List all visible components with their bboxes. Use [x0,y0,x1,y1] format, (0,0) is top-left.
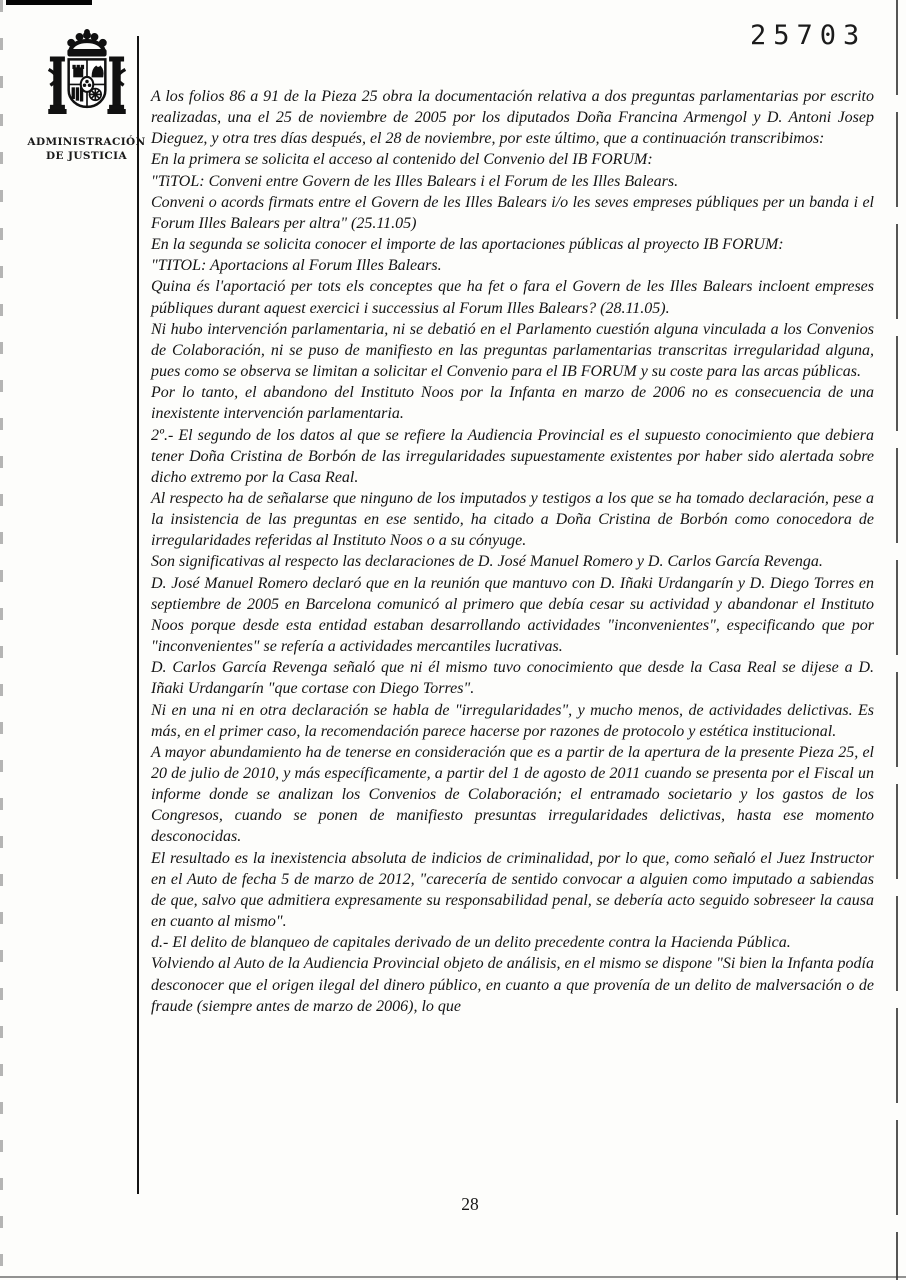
document-paragraph: Son significativas al respecto las decla… [151,551,874,572]
coat-of-arms-icon [37,26,137,132]
document-paragraph: d.- El delito de blanqueo de capitales d… [151,932,874,953]
document-paragraph: Conveni o acords firmats entre el Govern… [151,192,874,234]
document-paragraph: Ni hubo intervención parlamentaria, ni s… [151,319,874,382]
sidebar-divider [137,36,139,1194]
document-paragraph: Ni en una ni en otra declaración se habl… [151,700,874,742]
document-paragraph: D. Carlos García Revenga señaló que ni é… [151,657,874,699]
document-paragraph: El resultado es la inexistencia absoluta… [151,848,874,933]
scan-artifact-top-bar [6,0,92,5]
folio-number: 25703 [750,20,866,51]
document-paragraph: "TITOL: Aportacions al Forum Illes Balea… [151,255,874,276]
document-paragraph: Por lo tanto, el abandono del Instituto … [151,382,874,424]
document-paragraph: En la primera se solicita el acceso al c… [151,149,874,170]
justice-administration-emblem: ADMINISTRACIÓN DE JUSTICIA [20,26,153,163]
document-paragraph: Al respecto ha de señalarse que ninguno … [151,488,874,551]
scan-artifact-left-edge [0,0,3,1280]
scan-artifact-right-edge [896,0,898,1280]
document-paragraph: A los folios 86 a 91 de la Pieza 25 obra… [151,86,874,149]
document-paragraph: 2º.- El segundo de los datos al que se r… [151,425,874,488]
document-paragraph: A mayor abundamiento ha de tenerse en co… [151,742,874,848]
document-paragraph: D. José Manuel Romero declaró que en la … [151,573,874,658]
institution-name-line1: ADMINISTRACIÓN [20,136,153,150]
page-number: 28 [448,1194,492,1215]
institution-name-line2: DE JUSTICIA [20,150,153,164]
document-paragraph: En la segunda se solicita conocer el imp… [151,234,874,255]
document-body: A los folios 86 a 91 de la Pieza 25 obra… [151,86,874,1017]
scanned-court-document-page: 25703 [0,0,906,1280]
document-paragraph: Volviendo al Auto de la Audiencia Provin… [151,953,874,1016]
document-paragraph: "TiTOL: Conveni entre Govern de les Ille… [151,171,874,192]
document-paragraph: Quina és l'aportació per tots els concep… [151,276,874,318]
scan-artifact-bottom-edge [0,1276,906,1278]
